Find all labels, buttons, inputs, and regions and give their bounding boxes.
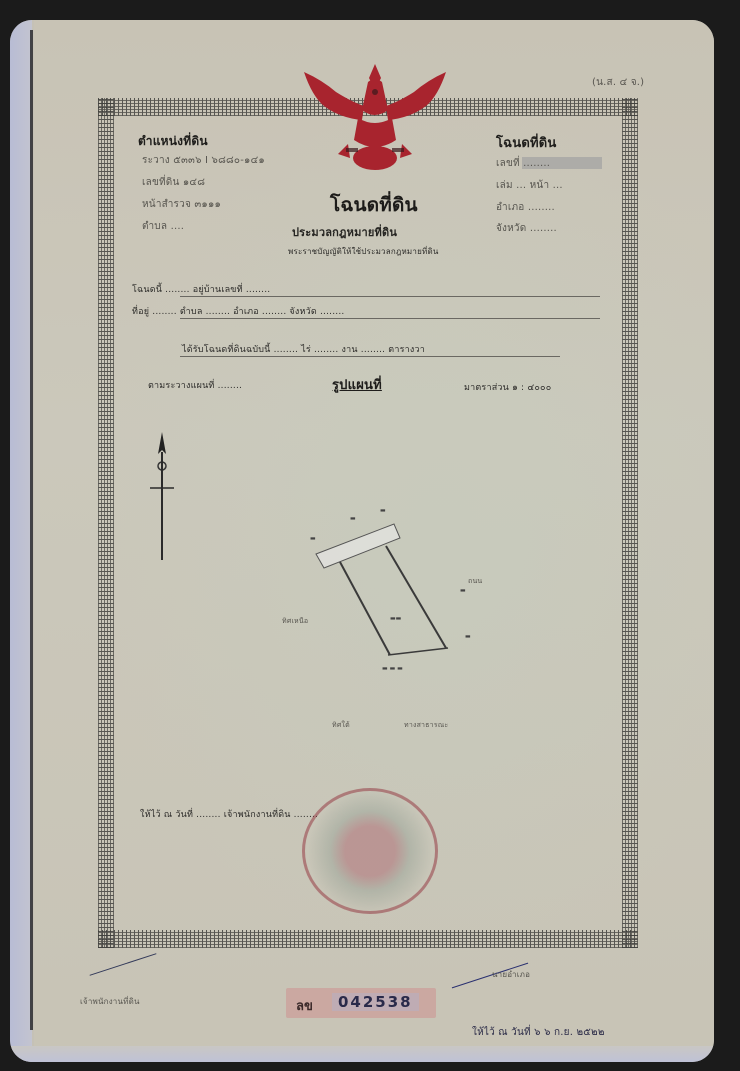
plot-label: ถนน bbox=[468, 576, 482, 587]
svg-text:▬: ▬ bbox=[460, 587, 466, 594]
right-box-header: โฉนดที่ดิน bbox=[496, 132, 556, 153]
signature-title-right: นายอำเภอ bbox=[492, 968, 530, 981]
right-box-row: เล่ม ... หน้า ... bbox=[496, 178, 563, 193]
plot-label: ทางสาธารณะ bbox=[404, 720, 448, 731]
left-box-row: ตำบล .... bbox=[142, 219, 184, 234]
signature-title-left: เจ้าพนักงานที่ดิน bbox=[80, 995, 140, 1008]
svg-text:▬▬: ▬▬ bbox=[390, 615, 402, 622]
photo-bottom-edge bbox=[10, 1046, 714, 1062]
footer-line: ให้ไว้ ณ วันที่ ........ เจ้าพนักงานที่ด… bbox=[140, 807, 318, 821]
official-seal-stamp bbox=[302, 788, 438, 914]
owner-line-3: ได้รับโฉนดที่ดินฉบับนี้ ........ ไร่ ...… bbox=[182, 342, 425, 356]
serial-label: ลข bbox=[296, 995, 313, 1016]
plot-label: ทิศใต้ bbox=[332, 720, 350, 731]
issue-date: ให้ไว้ ณ วันที่ ๖ ๖ ก.ย. ๒๕๒๒ bbox=[472, 1025, 605, 1040]
photo-left-edge bbox=[10, 20, 32, 1062]
svg-text:▬: ▬ bbox=[350, 515, 356, 522]
owner-line-4: ตามระวางแผนที่ ........ bbox=[148, 378, 242, 392]
page-mark: (น.ส. ๔ จ.) bbox=[592, 75, 644, 90]
left-box-row: เลขที่ดิน ๑๔๘ bbox=[142, 175, 205, 190]
svg-text:▬: ▬ bbox=[465, 633, 471, 640]
north-arrow-icon bbox=[150, 432, 174, 562]
right-box-row: จังหวัด ........ bbox=[496, 221, 557, 236]
serial-number-box: ลข 042538 bbox=[286, 988, 436, 1018]
deed-subtitle-line2: พระราชบัญญัติให้ใช้ประมวลกฎหมายที่ดิน bbox=[288, 245, 439, 258]
right-box-row: เลขที่ ........ bbox=[496, 156, 550, 171]
paper-fold-line bbox=[30, 30, 33, 1030]
map-scale: มาตราส่วน ๑ : ๔๐๐๐ bbox=[464, 380, 551, 394]
garuda-emblem-icon bbox=[302, 62, 448, 190]
svg-text:▬: ▬ bbox=[310, 535, 316, 542]
deed-photo: (น.ส. ๔ จ.) ตำแหน่งที่ดิน ระวาง ๕๓๓๖ I ๖… bbox=[10, 20, 714, 1062]
right-box-row: อำเภอ ........ bbox=[496, 200, 555, 215]
deed-subtitle: ประมวลกฎหมายที่ดิน bbox=[292, 223, 397, 241]
left-box-row: หน้าสำรวจ ๓๑๑๑ bbox=[142, 197, 221, 212]
land-plot-diagram: ▬▬▬ ▬▬▬▬ ▬ ▬ ▬ bbox=[290, 490, 490, 680]
owner-line-2: ที่อยู่ ........ ตำบล ........ อำเภอ ...… bbox=[132, 304, 344, 318]
plot-label: ทิศเหนือ bbox=[282, 616, 308, 627]
left-box-row: ระวาง ๕๓๓๖ I ๖๘๘๐-๑๔๑ bbox=[142, 153, 265, 168]
serial-number: 042538 bbox=[332, 993, 419, 1011]
map-heading: รูปแผนที่ bbox=[332, 374, 382, 395]
left-box-header: ตำแหน่งที่ดิน bbox=[138, 132, 208, 151]
deed-title: โฉนดที่ดิน bbox=[330, 190, 418, 220]
svg-text:▬ ▬ ▬: ▬ ▬ ▬ bbox=[382, 665, 403, 672]
svg-text:▬: ▬ bbox=[380, 507, 386, 514]
owner-line-1: โฉนดนี้ ........ อยู่บ้านเลขที่ ........ bbox=[132, 282, 270, 296]
